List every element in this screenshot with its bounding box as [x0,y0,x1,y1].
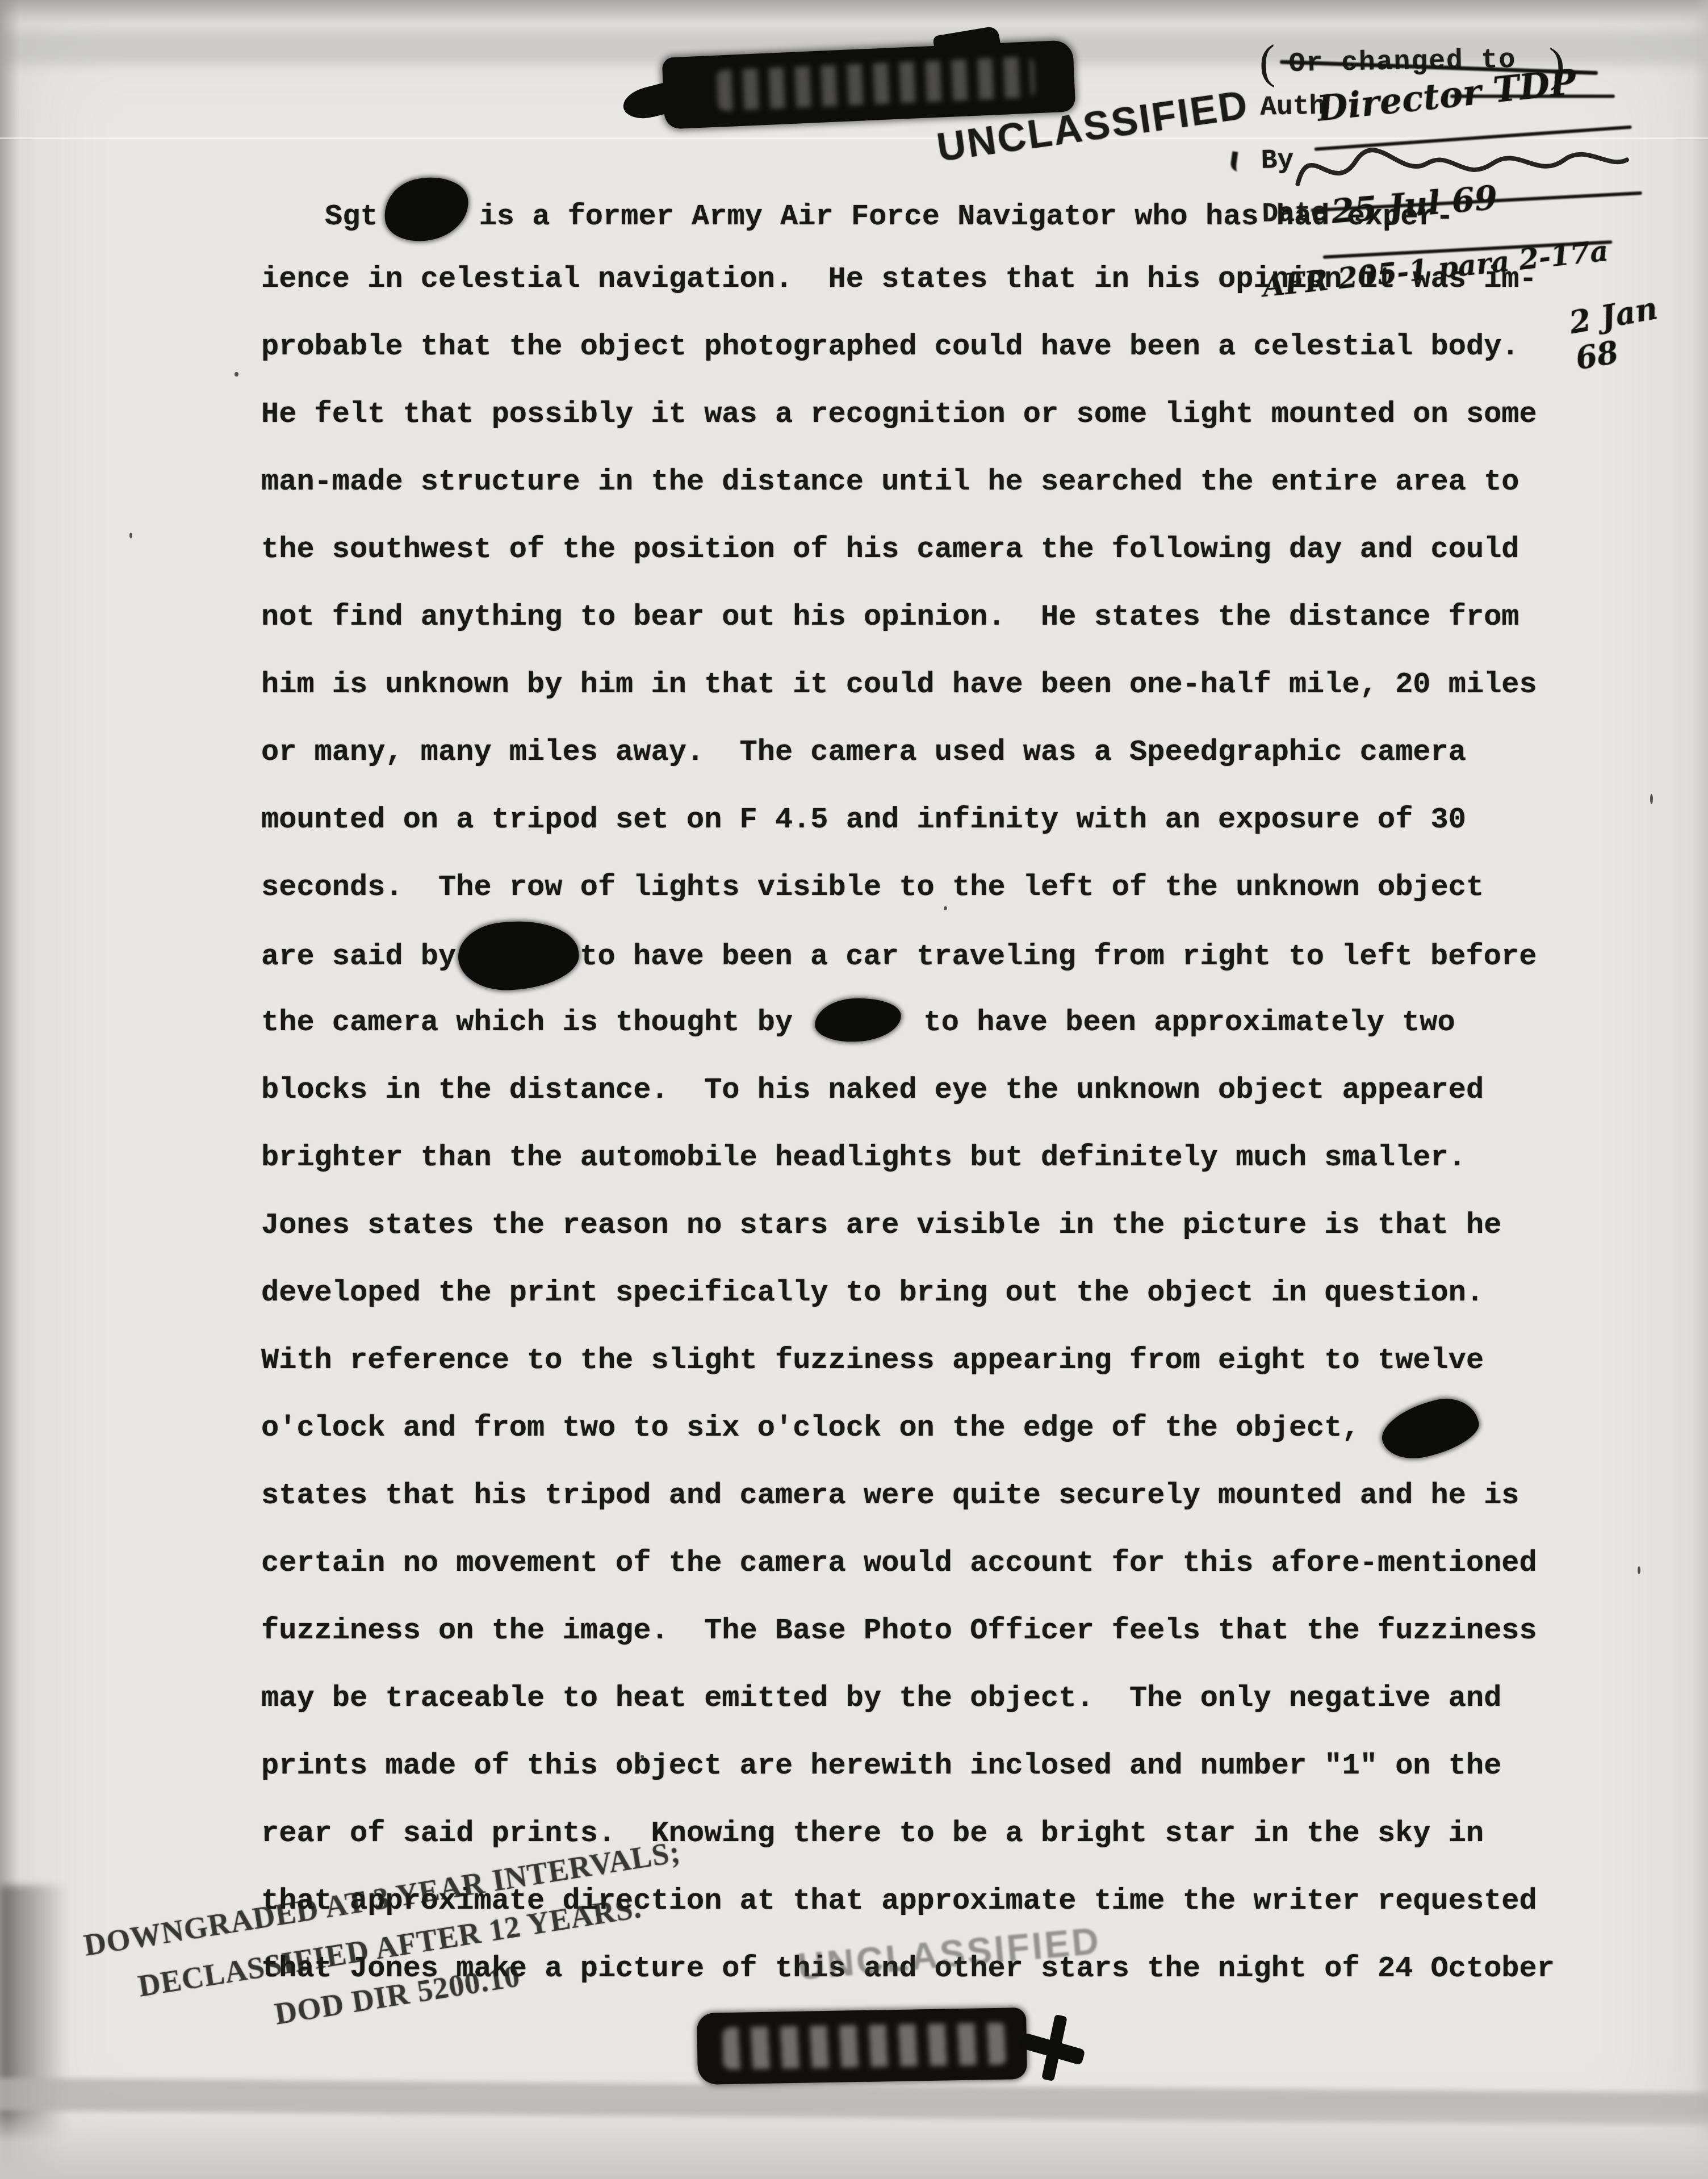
paren-open: ( [1259,34,1276,89]
typed-line: prints made of this object are herewith … [261,1732,1635,1800]
typed-line: fuzziness on the image. The Base Photo O… [261,1597,1635,1664]
typed-line: mounted on a tripod set on F 4.5 and inf… [261,786,1635,854]
redaction-stamp-bottom [697,2007,1027,2085]
typed-line: or many, many miles away. The camera use… [261,718,1635,786]
typed-line: him is unknown by him in that it could h… [261,651,1635,718]
typed-line: o'clock and from two to six o'clock on t… [261,1394,1635,1462]
typed-line: seconds. The row of lights visible to th… [261,854,1635,921]
typed-line: certain no movement of the camera would … [261,1529,1635,1597]
redaction-mark [814,996,902,1044]
typed-line: are said byto have been a car traveling … [261,921,1635,989]
typed-line: With reference to the slight fuzziness a… [261,1327,1635,1394]
ink-speck [129,533,132,538]
redaction-mark [455,916,581,994]
typed-line: may be traceable to heat emitted by the … [261,1664,1635,1732]
scan-edge-bottom [0,2111,1708,2179]
typed-line: rear of said prints. Knowing there to be… [261,1800,1635,1867]
typed-line: states that his tripod and camera were q… [261,1462,1635,1529]
typed-line: probable that the object photographed co… [261,313,1635,380]
typed-line: ience in celestial navigation. He states… [261,245,1635,313]
scan-edge-top [0,0,1708,24]
typed-line: man-made structure in the distance until… [261,448,1635,516]
typed-line: not find anything to bear out his opinio… [261,583,1635,651]
ink-speck [1638,1566,1640,1574]
typed-body: Sgtis a former Army Air Force Navigator … [261,178,1635,2002]
ink-speck [1650,794,1653,804]
typed-line: the camera which is thought by to have b… [261,989,1635,1056]
ink-speck [235,372,238,377]
typed-line: Jones states the reason no stars are vis… [261,1191,1635,1259]
redaction-ink-texture [722,2023,1007,2070]
scan-edge-left [0,0,19,2179]
redaction-mark [1376,1390,1484,1467]
typed-line: He felt that possibly it was a recogniti… [261,380,1635,448]
by-label: By [1261,145,1294,177]
stray-ink-mark [1230,151,1247,172]
typed-line: blocks in the distance. To his naked eye… [261,1056,1635,1124]
scanned-document-page: UNCLASSIFIED ( Or changed to ) Auth Dire… [0,0,1708,2179]
redaction-ink-texture [717,56,1036,111]
redaction-mark [379,171,474,247]
typed-line: Sgtis a former Army Air Force Navigator … [261,178,1635,245]
typed-line: the southwest of the position of his cam… [261,516,1635,583]
typed-line: developed the print specifically to brin… [261,1259,1635,1327]
typed-line: brighter than the automobile headlights … [261,1124,1635,1191]
